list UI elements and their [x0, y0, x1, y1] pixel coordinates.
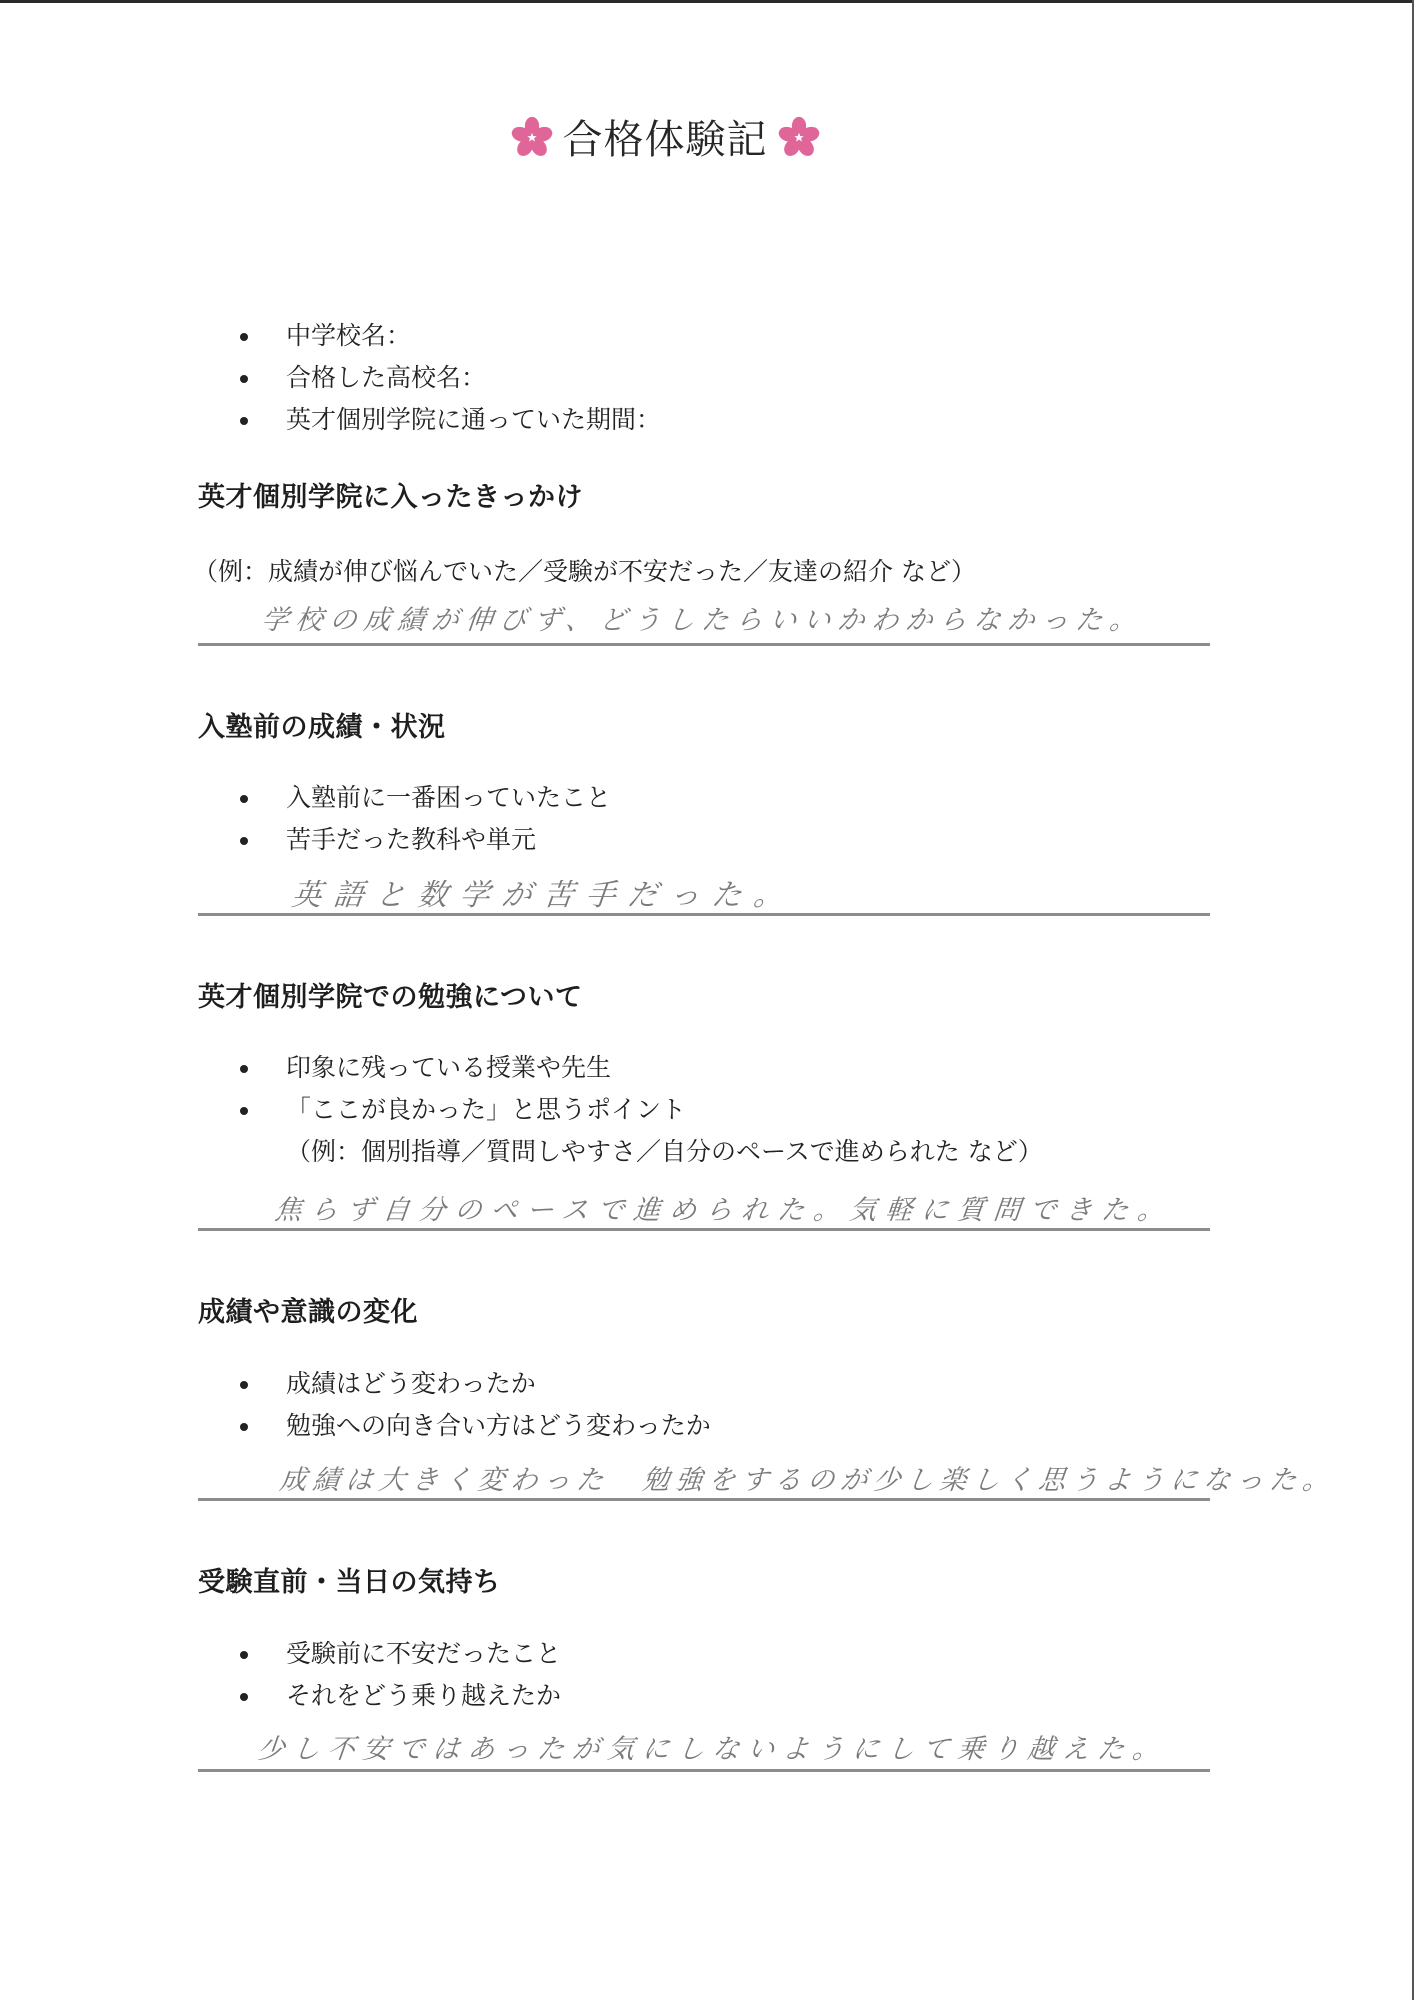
prompt-item: 受験前に不安だったこと	[198, 1633, 1218, 1675]
bullet-icon	[240, 333, 248, 341]
example-text: （例：個別指導／質問しやすさ／自分のペースで進められた など）	[198, 1131, 1218, 1173]
section-study-experience-bullets: 印象に残っている授業や先生 「ここが良かった」と思うポイント （例：個別指導／質…	[198, 1047, 1218, 1173]
section-heading: 入塾前の成績・状況	[198, 705, 1218, 744]
sakura-flower-icon	[778, 116, 820, 158]
section-exam-feelings-bullets: 受験前に不安だったこと それをどう乗り越えたか	[198, 1633, 1218, 1717]
bullet-icon	[240, 417, 248, 425]
prompt-item: それをどう乗り越えたか	[198, 1675, 1218, 1717]
section-study-experience: 英才個別学院での勉強について	[198, 975, 1218, 1014]
bullet-icon	[240, 837, 248, 845]
bullet-icon	[240, 795, 248, 803]
answer-underline	[198, 643, 1210, 646]
prompt-item: 入塾前に一番困っていたこと	[198, 777, 1218, 819]
handwritten-answer: 学校の成績が伸びず、どうしたらいいかわからなかった。	[260, 598, 1146, 637]
prompt-item: 苦手だった教科や単元	[198, 819, 1218, 861]
section-heading: 成績や意識の変化	[198, 1290, 1218, 1329]
handwritten-answer: 成績は大きく変わった 勉強をするのが少し楽しく思うようになった。	[278, 1458, 1338, 1497]
field-junior-high-name: 中学校名：	[198, 315, 1218, 357]
prompt-item: 勉強への向き合い方はどう変わったか	[198, 1405, 1218, 1447]
handwritten-answer: 焦らず自分のペースで進められた。気軽に質問できた。	[273, 1188, 1176, 1227]
section-heading: 英才個別学院での勉強について	[198, 975, 1218, 1014]
prompt-item: 印象に残っている授業や先生	[198, 1047, 1218, 1089]
answer-underline	[198, 1769, 1210, 1772]
handwritten-answer: 少し不安ではあったが気にしないようにして乗り越えた。	[256, 1727, 1170, 1766]
field-label: 英才個別学院に通っていた期間：	[286, 405, 661, 434]
bullet-icon	[240, 375, 248, 383]
bullet-icon	[240, 1423, 248, 1431]
section-prior-status-bullets: 入塾前に一番困っていたこと 苦手だった教科や単元	[198, 777, 1218, 861]
answer-underline	[198, 913, 1210, 916]
bullet-icon	[240, 1651, 248, 1659]
prompt-item: 「ここが良かった」と思うポイント	[198, 1089, 1218, 1131]
section-change: 成績や意識の変化	[198, 1290, 1218, 1329]
bullet-icon	[240, 1107, 248, 1115]
section-prior-status: 入塾前の成績・状況	[198, 705, 1218, 744]
answer-underline	[198, 1498, 1210, 1501]
prompt-item: 成績はどう変わったか	[198, 1363, 1218, 1405]
answer-underline	[198, 1228, 1210, 1231]
handwritten-answer: 英語と数学が苦手だった。	[290, 870, 799, 914]
field-high-school-name: 合格した高校名：	[198, 357, 1218, 399]
sakura-flower-icon	[511, 116, 553, 158]
field-label: 中学校名：	[286, 321, 411, 350]
document-title-row: 合格体験記	[0, 108, 1330, 165]
section-exam-feelings: 受験直前・当日の気持ち	[198, 1560, 1218, 1599]
section-change-bullets: 成績はどう変わったか 勉強への向き合い方はどう変わったか	[198, 1363, 1218, 1447]
section-motivation-example: （例：成績が伸び悩んでいた／受験が不安だった／友達の紹介 など）	[193, 552, 1213, 588]
bullet-icon	[240, 1693, 248, 1701]
field-label: 合格した高校名：	[286, 363, 486, 392]
section-motivation: 英才個別学院に入ったきっかけ	[198, 475, 1218, 514]
bullet-icon	[240, 1381, 248, 1389]
document-title: 合格体験記	[563, 108, 768, 165]
scan-top-edge	[0, 0, 1414, 3]
section-heading: 受験直前・当日の気持ち	[198, 1560, 1218, 1599]
header-fields: 中学校名： 合格した高校名： 英才個別学院に通っていた期間：	[198, 315, 1218, 441]
bullet-icon	[240, 1065, 248, 1073]
section-heading: 英才個別学院に入ったきっかけ	[198, 475, 1218, 514]
field-attendance-period: 英才個別学院に通っていた期間：	[198, 399, 1218, 441]
example-text: （例：成績が伸び悩んでいた／受験が不安だった／友達の紹介 など）	[193, 557, 976, 586]
